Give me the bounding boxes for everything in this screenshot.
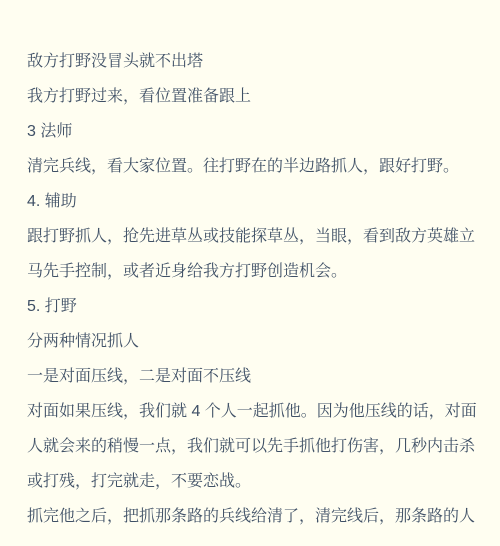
text-line: 一是对面压线，二是对面不压线 xyxy=(27,359,476,394)
article-text-body: 敌方打野没冒头就不出塔 我方打野过来，看位置准备跟上 3 法师 清完兵线，看大家… xyxy=(0,0,500,546)
text-line-heading-5-jungler: 5. 打野 xyxy=(27,289,476,324)
text-line: 敌方打野没冒头就不出塔 xyxy=(27,44,476,79)
text-line: 马先手控制，或者近身给我方打野创造机会。 xyxy=(27,254,476,289)
text-line: 分两种情况抓人 xyxy=(27,324,476,359)
text-line: 我方打野过来，看位置准备跟上 xyxy=(27,79,476,114)
text-line-heading-3-mage: 3 法师 xyxy=(27,114,476,149)
text-line: 跟打野抓人，抢先进草丛或技能探草丛，当眼，看到敌方英雄立 xyxy=(27,219,476,254)
text-line: 抓完他之后，把抓那条路的兵线给清了，清完线后，那条路的人 xyxy=(27,499,476,534)
text-line: 清完兵线，看大家位置。往打野在的半边路抓人，跟好打野。 xyxy=(27,149,476,184)
text-line: 对面如果压线，我们就 4 个人一起抓他。因为他压线的话，对面 xyxy=(27,394,476,429)
text-line: 或打残，打完就走，不要恋战。 xyxy=(27,464,476,499)
text-line-heading-4-support: 4. 辅助 xyxy=(27,184,476,219)
text-line: 人就会来的稍慢一点，我们就可以先手抓他打伤害，几秒内击杀 xyxy=(27,429,476,464)
